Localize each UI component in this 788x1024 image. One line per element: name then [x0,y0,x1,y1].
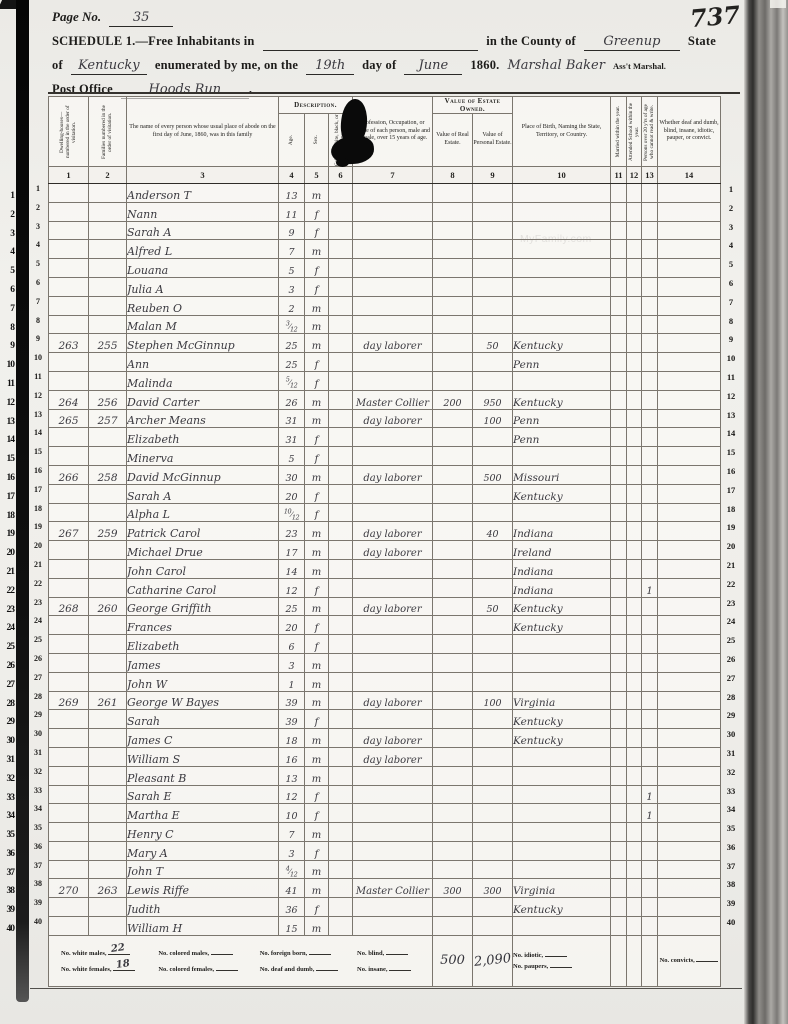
row-number: 3 [0,225,14,244]
cell-color [329,578,353,597]
page-no-line: Page No. 35 [52,8,716,27]
cell-occupation [353,672,433,691]
cell-occupation: day laborer [353,541,433,560]
cell-birthplace: Penn [513,353,611,372]
row-number: 35 [722,819,740,838]
cell-remarks [658,559,721,578]
cell-sex: f [305,447,329,466]
cell-dwelling [49,484,89,503]
cell-age: 16 [279,747,305,766]
cell-remarks [658,465,721,484]
cell-family: 261 [89,691,127,710]
cell-married [611,597,627,616]
cell-real-estate [433,353,473,372]
cell-sex: m [305,823,329,842]
cell-color [329,277,353,296]
row-number: 33 [722,782,740,801]
row-number: 40 [722,913,740,932]
table-row: Sarah E12f1 [49,785,721,804]
cell-age: 10 [279,804,305,823]
row-number: 11 [722,368,740,387]
table-row: Elizabeth6f [49,635,721,654]
cell-real-estate [433,785,473,804]
cell-cannot-read [642,353,658,372]
cell-remarks [658,672,721,691]
cell-age: 15 [279,917,305,936]
cell-remarks [658,841,721,860]
tally-white-males-value: 22 [110,942,125,955]
cell-cannot-read: 1 [642,785,658,804]
cell-name: Sarah A [127,221,279,240]
cell-family [89,578,127,597]
cell-birthplace: Missouri [513,465,611,484]
cell-personal-estate [473,541,513,560]
cell-real-estate [433,315,473,334]
cell-age: 6 [279,635,305,654]
cell-occupation [353,221,433,240]
col-header-birthplace: Place of Birth, Naming the State, Territ… [513,97,611,167]
cell-real-estate [433,559,473,578]
cell-personal-estate [473,823,513,842]
cell-personal-estate [473,315,513,334]
cell-married [611,503,627,522]
row-number: 31 [30,744,46,763]
row-number: 11 [0,375,14,394]
cell-birthplace: Kentucky [513,484,611,503]
cell-cannot-read [642,635,658,654]
cell-color [329,898,353,917]
cell-name: Sarah [127,710,279,729]
cell-color [329,353,353,372]
day-blank: 19th [306,56,354,75]
cell-age: 20 [279,484,305,503]
cell-personal-estate [473,371,513,390]
month-value: June [419,58,449,73]
row-number: 29 [30,706,46,725]
cell-school [627,578,642,597]
row-numbers-right: 1234567891011121314151617181920212223242… [722,180,740,932]
cell-name: Minerva [127,447,279,466]
cell-dwelling [49,635,89,654]
cell-color [329,917,353,936]
cell-married [611,898,627,917]
cell-name: Alpha L [127,503,279,522]
table-bottom-rule [30,988,742,989]
cell-school [627,841,642,860]
cell-birthplace: Virginia [513,691,611,710]
row-number: 15 [30,443,46,462]
cell-color [329,635,353,654]
census-table: Dwelling-houses—numbered in the order of… [48,96,721,987]
cell-color [329,766,353,785]
cell-married [611,371,627,390]
table-row: 265257Archer Means31mday laborer100Penn [49,409,721,428]
cell-age: 12 [279,785,305,804]
row-number: 10 [30,349,46,368]
cell-family [89,653,127,672]
cell-color [329,503,353,522]
cell-age: 26 [279,390,305,409]
cell-real-estate [433,240,473,259]
row-number: 28 [0,695,14,714]
row-number: 22 [722,575,740,594]
cell-remarks [658,390,721,409]
cell-occupation [353,860,433,879]
cell-cannot-read [642,559,658,578]
cell-married [611,277,627,296]
col-no-9: 9 [473,167,513,184]
table-row: 268260George Griffith25mday laborer50Ken… [49,597,721,616]
col-no-13: 13 [642,167,658,184]
cell-school [627,879,642,898]
cell-occupation [353,503,433,522]
cell-birthplace: Kentucky [513,390,611,409]
row-number: 3 [722,218,740,237]
col-header-dwelling: Dwelling-houses—numbered in the order of… [49,97,89,167]
cell-name: Elizabeth [127,428,279,447]
cell-real-estate [433,221,473,240]
idiotic-paupers-cell: No. idiotic, No. paupers, [513,935,611,986]
state-value: Kentucky [78,58,140,73]
cell-name: John Carol [127,559,279,578]
cell-dwelling [49,503,89,522]
day-value: 19th [315,58,345,73]
cell-real-estate [433,766,473,785]
cell-occupation: day laborer [353,334,433,353]
row-number: 9 [30,330,46,349]
cell-family [89,277,127,296]
table-row: Elizabeth31fPenn [49,428,721,447]
row-number: 1 [722,180,740,199]
cell-sex: f [305,353,329,372]
cell-family [89,259,127,278]
col-no-12: 12 [627,167,642,184]
division-blank [263,32,479,51]
day-of-label: day of [362,58,396,73]
row-number: 21 [30,556,46,575]
cell-family: 259 [89,522,127,541]
col-header-name: The name of every person whose usual pla… [127,97,279,167]
cell-name: Anderson T [127,184,279,203]
cell-color [329,240,353,259]
cell-age: 18 [279,729,305,748]
row-number: 22 [30,575,46,594]
cell-dwelling [49,710,89,729]
table-row: Henry C7m [49,823,721,842]
row-number: 25 [30,631,46,650]
cell-cannot-read: 1 [642,578,658,597]
cell-real-estate [433,635,473,654]
cell-remarks [658,409,721,428]
row-number: 32 [722,763,740,782]
table-row: William S16mday laborer [49,747,721,766]
cell-remarks [658,785,721,804]
row-number: 9 [722,330,740,349]
cell-birthplace [513,202,611,221]
cell-school [627,823,642,842]
table-row: Alfred L7m [49,240,721,259]
row-number: 31 [722,744,740,763]
cell-age: 23 [279,522,305,541]
row-number: 4 [30,236,46,255]
cell-family [89,823,127,842]
cell-age: 9 [279,221,305,240]
cell-married [611,823,627,842]
cell-cannot-read [642,428,658,447]
cell-color [329,616,353,635]
row-number: 24 [722,612,740,631]
cell-school [627,184,642,203]
cell-birthplace [513,635,611,654]
row-number: 23 [30,594,46,613]
cell-personal-estate [473,296,513,315]
cell-name: David McGinnup [127,465,279,484]
tally-foreign-born: No. foreign born, [260,950,357,957]
cell-family [89,240,127,259]
row-number: 31 [0,751,14,770]
cell-personal-estate: 300 [473,879,513,898]
cell-name: Henry C [127,823,279,842]
cell-cannot-read [642,315,658,334]
cell-age: 4⁄12 [279,860,305,879]
cell-remarks [658,747,721,766]
cell-married [611,447,627,466]
column-number-row: 1 2 3 4 5 6 7 8 9 10 11 12 13 14 [49,167,721,184]
cell-cannot-read [642,522,658,541]
row-number: 34 [30,800,46,819]
cell-birthplace [513,860,611,879]
cell-personal-estate [473,578,513,597]
cell-birthplace [513,315,611,334]
cell-remarks [658,503,721,522]
cell-real-estate [433,691,473,710]
schedule-line: SCHEDULE 1.—Free Inhabitants in in the C… [52,32,716,51]
cell-married [611,259,627,278]
table-row: Catharine Carol12fIndiana1 [49,578,721,597]
county-blank: Greenup [584,32,680,51]
cell-real-estate: 200 [433,390,473,409]
cell-name: Malan M [127,315,279,334]
row-number: 11 [30,368,46,387]
census-header: Dwelling-houses—numbered in the order of… [49,97,721,184]
cell-birthplace [513,503,611,522]
cell-dwelling [49,860,89,879]
cell-name: John T [127,860,279,879]
cell-color [329,691,353,710]
cell-name: Michael Drue [127,541,279,560]
row-number: 18 [722,500,740,519]
cell-school [627,672,642,691]
table-row: William H15m [49,917,721,936]
cell-name: William S [127,747,279,766]
cell-sex: m [305,390,329,409]
cell-sex: f [305,484,329,503]
cell-sex: m [305,409,329,428]
cell-color [329,747,353,766]
row-number: 33 [30,782,46,801]
row-number: 24 [0,619,14,638]
scan-edge-highlight [770,0,786,8]
cell-birthplace: Kentucky [513,710,611,729]
cell-sex: m [305,597,329,616]
table-row: Mary A3f [49,841,721,860]
cell-birthplace: Indiana [513,559,611,578]
table-row: 267259Patrick Carol23mday laborer40India… [49,522,721,541]
cell-remarks [658,221,721,240]
cell-birthplace [513,747,611,766]
cell-name: David Carter [127,390,279,409]
page-no-blank: 35 [109,8,173,27]
cell-age: 1 [279,672,305,691]
table-row: Malan M3⁄12m [49,315,721,334]
cell-school [627,785,642,804]
row-number: 5 [0,262,14,281]
cell-color [329,259,353,278]
cell-cannot-read [642,672,658,691]
cell-dwelling [49,917,89,936]
cell-family [89,635,127,654]
table-row: Alpha L10⁄12f [49,503,721,522]
cell-married [611,747,627,766]
cell-school [627,240,642,259]
cell-occupation [353,277,433,296]
cell-occupation: day laborer [353,729,433,748]
row-number: 1 [30,180,46,199]
cell-dwelling [49,653,89,672]
cell-occupation [353,841,433,860]
table-row: 264256David Carter26mMaster Collier20095… [49,390,721,409]
row-number: 8 [722,312,740,331]
table-row: Reuben O2m [49,296,721,315]
cell-name: Lewis Riffe [127,879,279,898]
row-number: 1 [0,187,14,206]
row-number: 37 [0,864,14,883]
cell-family [89,729,127,748]
cell-age: 20 [279,616,305,635]
cell-family: 257 [89,409,127,428]
table-row: James C18mday laborerKentucky [49,729,721,748]
cell-birthplace: Virginia [513,879,611,898]
col-header-real-estate: Value of Real Estate. [433,114,473,167]
cell-family [89,860,127,879]
cell-remarks [658,184,721,203]
cell-dwelling [49,729,89,748]
cell-color [329,559,353,578]
cell-occupation [353,917,433,936]
cell-dwelling [49,240,89,259]
cell-birthplace: Indiana [513,522,611,541]
cell-real-estate [433,616,473,635]
cell-sex: f [305,277,329,296]
cell-age: 17 [279,541,305,560]
cell-cannot-read [642,841,658,860]
cell-dwelling [49,296,89,315]
cell-sex: m [305,465,329,484]
cell-age: 36 [279,898,305,917]
cell-birthplace: Penn [513,428,611,447]
table-row: Ann25fPenn [49,353,721,372]
state-blank: Kentucky [71,56,147,75]
cell-age: 25 [279,334,305,353]
cell-personal-estate: 100 [473,691,513,710]
cell-real-estate [433,597,473,616]
cell-name: Stephen McGinnup [127,334,279,353]
row-number: 4 [722,236,740,255]
cell-married [611,409,627,428]
cell-name: Julia A [127,277,279,296]
cell-sex: m [305,315,329,334]
cell-birthplace [513,841,611,860]
year-label: 1860. [470,58,499,73]
cell-school [627,917,642,936]
cell-age: 3 [279,841,305,860]
form-header: Page No. 35 SCHEDULE 1.—Free Inhabitants… [52,8,716,104]
cell-occupation [353,804,433,823]
cell-color [329,823,353,842]
cell-cannot-read [642,259,658,278]
cell-real-estate [433,710,473,729]
cell-dwelling [49,184,89,203]
cell-cannot-read [642,823,658,842]
cell-cannot-read [642,597,658,616]
col-no-5: 5 [305,167,329,184]
row-number: 30 [30,725,46,744]
cell-color [329,804,353,823]
cell-sex: f [305,898,329,917]
row-number: 14 [722,424,740,443]
row-number: 30 [722,725,740,744]
cell-married [611,729,627,748]
cell-remarks [658,804,721,823]
row-number: 6 [722,274,740,293]
cell-remarks [658,653,721,672]
cell-school [627,653,642,672]
cell-age: 3 [279,277,305,296]
cell-dwelling [49,371,89,390]
col-header-married: Married within the year. [611,97,627,167]
cell-dwelling [49,447,89,466]
table-row: Anderson T13m [49,184,721,203]
table-row: 269261George W Bayes39mday laborer100Vir… [49,691,721,710]
tally-blind: No. blind, [357,950,430,957]
cell-family [89,747,127,766]
cell-married [611,484,627,503]
row-number: 7 [722,293,740,312]
cell-personal-estate [473,259,513,278]
cell-birthplace [513,240,611,259]
cell-birthplace: Indiana [513,578,611,597]
cell-personal-estate [473,277,513,296]
cell-occupation [353,296,433,315]
table-row: Sarah39fKentucky [49,710,721,729]
table-row: Pleasant B13m [49,766,721,785]
cell-school [627,503,642,522]
row-number: 32 [30,763,46,782]
cell-school [627,710,642,729]
col-no-10: 10 [513,167,611,184]
of-label: of [52,58,63,73]
cell-sex: f [305,841,329,860]
cell-family [89,917,127,936]
cell-cannot-read [642,541,658,560]
real-estate-total: 500 [433,935,473,986]
cell-school [627,202,642,221]
row-number: 19 [30,518,46,537]
cell-occupation [353,766,433,785]
county-label: in the County of [486,34,576,49]
cell-married [611,879,627,898]
post-office-value: Hoods Run [149,82,222,97]
